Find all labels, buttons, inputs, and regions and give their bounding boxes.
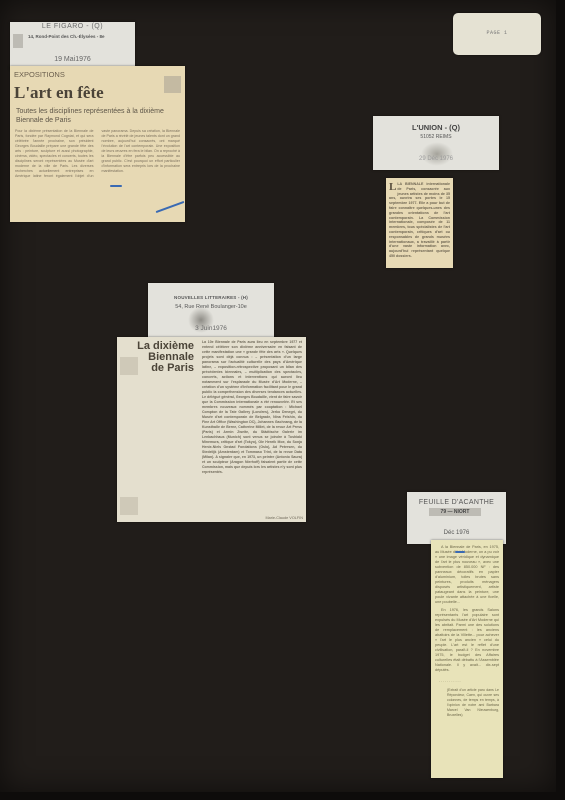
source-name: FEUILLE D'ACANTHE bbox=[407, 499, 506, 506]
source-address: 51052 REIMS bbox=[373, 134, 499, 140]
headline: La dixième Biennale de Paris bbox=[137, 341, 194, 374]
paragraph: En 1976, les grands Salons représentants… bbox=[435, 608, 499, 673]
source-date: Déc 1976 bbox=[407, 530, 506, 536]
subheadline: Toutes les disciplines représentées à la… bbox=[16, 107, 181, 125]
stamp-mark bbox=[421, 142, 453, 166]
source-name: L'UNION - (Q) bbox=[373, 123, 499, 132]
clipping-nouvelles-litteraires: La dixième Biennale de Paris La 10e Bien… bbox=[117, 337, 306, 522]
source-slip-union: L'UNION - (Q) 51052 REIMS 29 Déc 1976 bbox=[373, 116, 499, 170]
article-body: LLA BIENNALE internationale de Paris, co… bbox=[389, 182, 450, 259]
clipping-union: LLA BIENNALE internationale de Paris, co… bbox=[386, 178, 453, 268]
paragraph: A la Biennale de Paris, en 1975, au Musé… bbox=[435, 545, 499, 605]
section-label: EXPOSITIONS bbox=[14, 70, 65, 79]
article-body: La 10e Biennale de Paris aura lieu en se… bbox=[202, 340, 302, 475]
stamp-mark bbox=[13, 34, 23, 48]
article-body: Pour la dixième présentation de la Bienn… bbox=[15, 129, 180, 179]
separator: ........... bbox=[439, 679, 499, 684]
article-body: A la Biennale de Paris, en 1975, au Musé… bbox=[435, 545, 499, 718]
stamp-mark bbox=[164, 76, 181, 93]
clipping-figaro: EXPOSITIONS L'art en fête Toutes les dis… bbox=[10, 66, 185, 222]
source-date: 3 Juin1976 bbox=[148, 325, 274, 332]
ink-mark bbox=[455, 551, 465, 553]
drop-cap: L bbox=[389, 182, 396, 192]
source-note: (Extrait d'un article paru dans Le Répon… bbox=[435, 688, 499, 718]
stamp-mark bbox=[120, 357, 138, 375]
page-number-text: PAGE 1 bbox=[453, 30, 541, 36]
source-address: 79 — NIORT bbox=[429, 508, 481, 516]
source-name: NOUVELLES LITTERAIRES - (H) bbox=[148, 295, 274, 300]
source-slip-feuille-d-acanthe: FEUILLE D'ACANTHE 79 — NIORT Déc 1976 bbox=[407, 492, 506, 544]
page-number-label: PAGE 1 bbox=[453, 13, 541, 55]
source-slip-nouvelles-litteraires: NOUVELLES LITTERAIRES - (H) 54, Rue René… bbox=[148, 283, 274, 339]
headline: L'art en fête bbox=[14, 83, 104, 103]
clipping-feuille-d-acanthe: A la Biennale de Paris, en 1975, au Musé… bbox=[431, 540, 503, 778]
source-date: 29 Déc 1976 bbox=[373, 156, 499, 162]
ink-mark bbox=[110, 185, 122, 187]
source-name: LE FIGARO - (Q) bbox=[10, 23, 135, 30]
page-edge-right bbox=[556, 0, 565, 800]
source-address: 54, Rue René Boulanger-10e bbox=[148, 304, 274, 310]
source-address: 14, Rond-Point des Ch.-Élysées - 8e bbox=[28, 34, 105, 39]
ink-mark bbox=[156, 201, 185, 213]
source-slip-figaro: LE FIGARO - (Q) 14, Rond-Point des Ch.-É… bbox=[10, 22, 135, 70]
signature: Marie-Claude VOLFIN bbox=[265, 516, 303, 520]
stamp-mark bbox=[120, 497, 138, 515]
page-edge-bottom bbox=[0, 792, 565, 800]
source-date: 19 Mai1976 bbox=[10, 56, 135, 63]
